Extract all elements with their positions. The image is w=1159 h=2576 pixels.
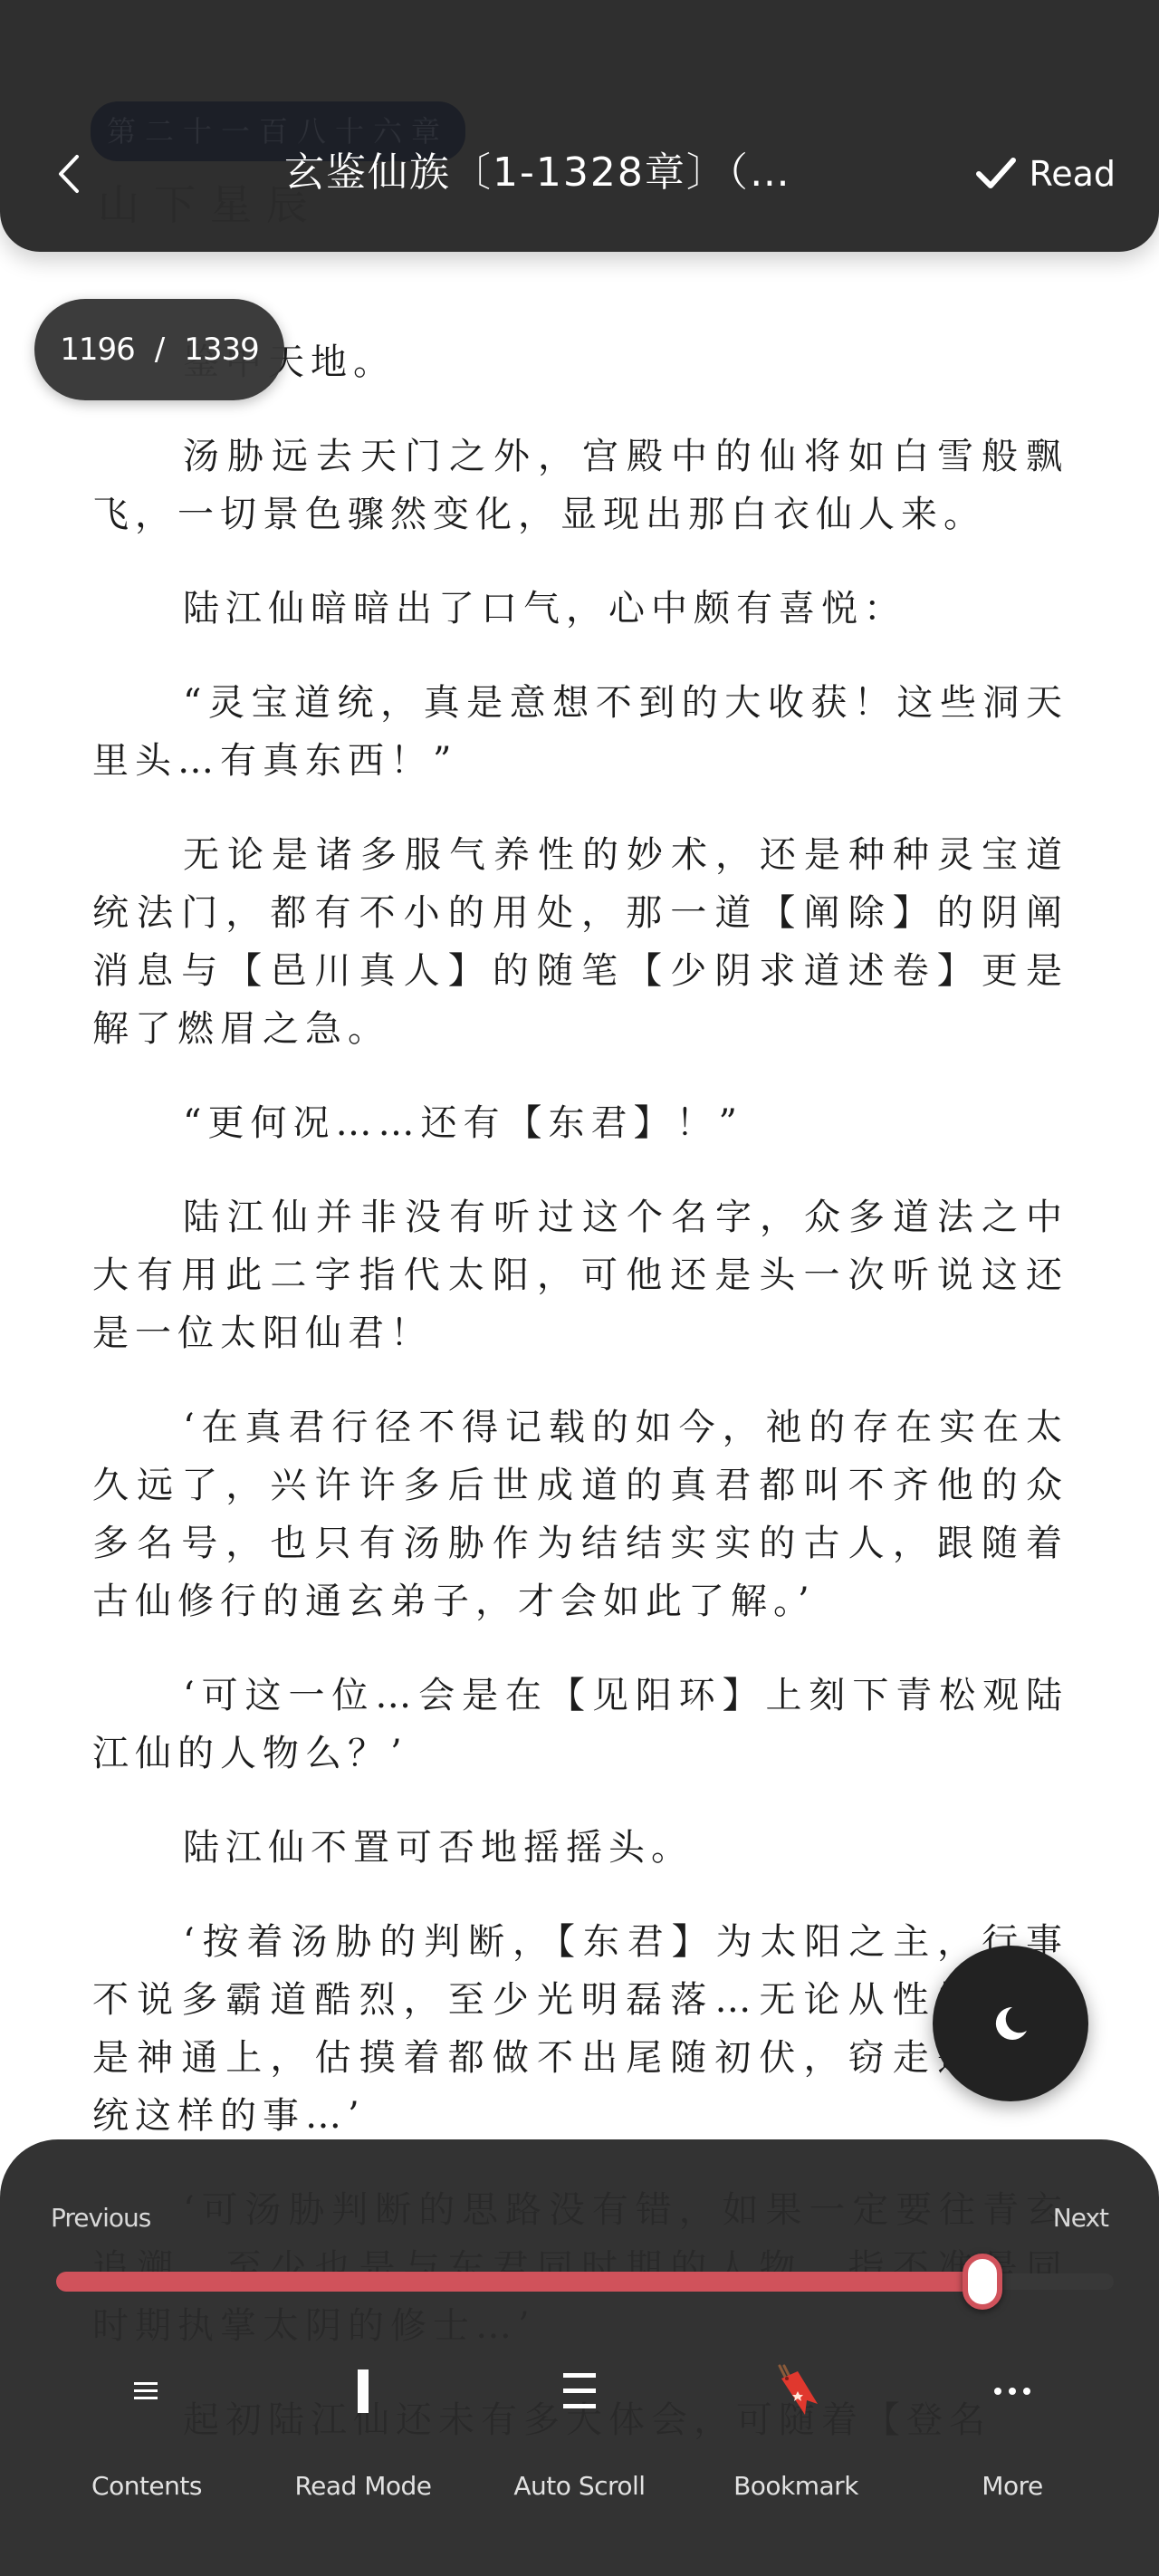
more-icon	[992, 2386, 1032, 2397]
paragraph: ‘按着汤胁的判断，【东君】为太阳之主，行事不说多霸道酷烈，至少光明磊落…无论从性…	[92, 1913, 1068, 2145]
page-counter: 1196 / 1339	[34, 299, 284, 400]
previous-chapter-button[interactable]: Previous	[51, 2203, 150, 2233]
read-mode-label: Read Mode	[294, 2471, 431, 2501]
bookmark-icon	[771, 2364, 821, 2418]
contents-label: Contents	[91, 2471, 202, 2501]
current-page: 1196	[60, 332, 135, 368]
paragraph: 陆江仙不置可否地摇摇头。	[92, 1819, 1068, 1877]
mark-read-button[interactable]: Read	[975, 147, 1116, 201]
slider-thumb[interactable]	[963, 2254, 1002, 2310]
back-button[interactable]	[47, 147, 91, 201]
more-button[interactable]: More	[913, 2355, 1112, 2527]
read-mode-icon	[354, 2368, 372, 2415]
read-label: Read	[1030, 154, 1116, 194]
moon-icon	[991, 2004, 1030, 2043]
paragraph: 陆江仙并非没有听过这个名字，众多道法之中大有用此二字指代太阳，可他还是头一次听说…	[92, 1188, 1068, 1362]
top-bar: 第二十一百八十六章 山下星辰 玄鉴仙族〔1-1328章〕（… Read	[0, 0, 1159, 252]
chapter-heading-underlay: 第二十一百八十六章 山下星辰	[0, 0, 1159, 252]
paragraph: ‘在真君行径不得记载的如今，祂的存在实在太久远了，兴许许多后世成道的真君都叫不齐…	[92, 1399, 1068, 1630]
total-pages: 1339	[184, 332, 259, 368]
read-mode-button[interactable]: Read Mode	[263, 2355, 463, 2527]
list-icon	[132, 2379, 161, 2404]
paragraph: 汤胁远去天门之外，宫殿中的仙将如白雪般飘飞，一切景色骤然变化，显现出那白衣仙人来…	[92, 428, 1068, 543]
chapter-progress-slider[interactable]	[56, 2272, 1114, 2292]
paragraph: 无论是诸多服气养性的妙术，还是种种灵宝道统法门，都有不小的用处，那一道【阐除】的…	[92, 826, 1068, 1058]
bottom-control-panel: Previous Next Contents Rea	[0, 2139, 1159, 2576]
slider-fill	[56, 2272, 982, 2292]
more-label: More	[982, 2471, 1042, 2501]
auto-scroll-button[interactable]: Auto Scroll	[480, 2355, 679, 2527]
auto-scroll-icon	[561, 2371, 598, 2411]
paragraph: “更何况……还有【东君】！”	[92, 1094, 1068, 1152]
chevron-left-icon	[55, 153, 82, 195]
reader-toolbar: Contents Read Mode Auto Scroll	[0, 2355, 1159, 2527]
paragraph: “灵宝道统，真是意想不到的大收获！这些洞天里头…有真东西！”	[92, 674, 1068, 790]
next-chapter-button[interactable]: Next	[1053, 2203, 1108, 2233]
paragraph: 陆江仙暗暗出了口气，心中颇有喜悦：	[92, 580, 1068, 638]
night-mode-button[interactable]	[933, 1946, 1088, 2101]
page-separator: /	[155, 332, 164, 368]
checkmark-icon	[975, 156, 1017, 192]
paragraph: ‘可这一位…会是在【见阳环】上刻下青松观陆江仙的人物么？’	[92, 1667, 1068, 1783]
contents-button[interactable]: Contents	[47, 2355, 246, 2527]
bookmark-button[interactable]: Bookmark	[696, 2355, 896, 2527]
bookmark-label: Bookmark	[733, 2471, 858, 2501]
auto-scroll-label: Auto Scroll	[513, 2471, 645, 2501]
book-title: 玄鉴仙族〔1-1328章〕（…	[284, 143, 864, 203]
